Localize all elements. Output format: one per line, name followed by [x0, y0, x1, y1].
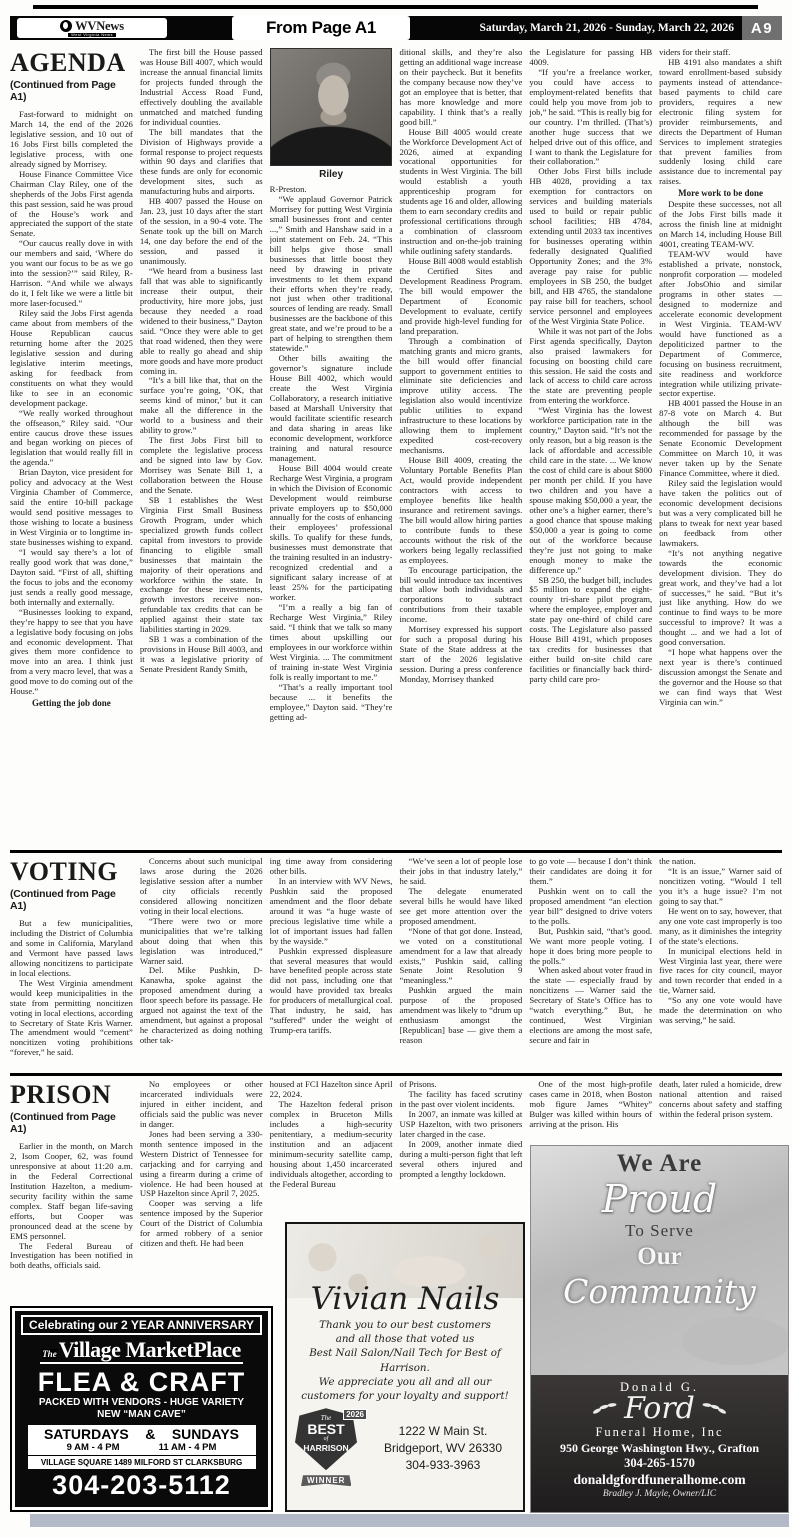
ford-script-proud: Proud	[531, 1178, 788, 1220]
paragraph: Fast-forward to midnight on March 14, th…	[10, 110, 133, 170]
paragraph: housed at FCI Hazelton since April 22, 2…	[270, 1080, 393, 1100]
ford-script-community: Community	[531, 1272, 788, 1312]
paragraph: Del. Mike Pushkin, D-Kanawha, spoke agai…	[140, 966, 263, 1046]
paragraph: Despite these successes, not all of the …	[659, 200, 782, 250]
laurel-right-icon	[701, 1401, 727, 1417]
paragraph: “I’m a really a big fan of Recharge West…	[270, 603, 393, 683]
paragraph: “That’s a really important tool because …	[270, 683, 393, 723]
village-tagline-2: NEW “MAN CAVE”	[97, 1409, 186, 1421]
paragraph: “It’s not anything negative towards the …	[659, 549, 782, 649]
paragraph: ing time away from considering other bil…	[270, 857, 393, 877]
village-logo: The Village MarketPlace	[40, 1337, 243, 1364]
paragraph: to go vote — because I don’t think their…	[529, 857, 652, 887]
paragraph: No employees or other incarcerated indiv…	[140, 1080, 263, 1130]
village-days-saturdays: SATURDAYS	[44, 1427, 129, 1442]
vivian-thanks-text: Thank you to our best customers and all …	[287, 1318, 523, 1403]
paragraph: “West Virginia has the lowest workforce …	[529, 406, 652, 575]
paragraph: SB 1 establishes the West Virginia First…	[140, 496, 263, 635]
article-headline: AGENDA	[10, 49, 133, 77]
badge-of: of	[295, 1436, 357, 1443]
paragraph: In municipal elections held in West Virg…	[659, 947, 782, 997]
article-column: RileyR-Preston.“We applaud Governor Patr…	[270, 48, 393, 847]
wvnews-logo-subtext: West Virginia News	[68, 33, 116, 37]
paragraph: SB 250, the budget bill, includes $5 mil…	[529, 576, 652, 685]
paragraph: The bill mandates that the Division of H…	[140, 128, 263, 198]
best-of-harrison-badge: The BEST of HARRISON 2026 WINNER	[295, 1408, 369, 1488]
paragraph: The West Virginia amendment would keep m…	[10, 979, 133, 1059]
article-column: VOTING(Continued from Page A1)But a few …	[10, 857, 133, 1071]
paragraph: “We heard from a business last fall that…	[140, 267, 263, 376]
continued-from-label: (Continued from Page A1)	[10, 1111, 133, 1135]
vivian-thanks-line: Best Nail Salon/Nail Tech for Best of Ha…	[287, 1346, 523, 1374]
paragraph: House Bill 4004 would create Recharge We…	[270, 464, 393, 603]
vivian-address-street: 1222 W Main St.	[369, 1423, 517, 1440]
photo-caption: Riley	[270, 169, 393, 180]
paragraph: House Bill 4008 would establish the Cert…	[399, 257, 522, 337]
paragraph: “None of that got done. Instead, we vote…	[399, 927, 522, 987]
paragraph: But a few municipalities, including the …	[10, 919, 133, 979]
paragraph: To encourage participation, the bill wou…	[399, 566, 522, 626]
article-column: No employees or other incarcerated indiv…	[140, 1080, 263, 1313]
paragraph: Pushkin expressed displeasure that sever…	[270, 947, 393, 1037]
paragraph: The facility has faced scrutiny in the p…	[399, 1090, 522, 1110]
paragraph: “It is an issue,” Warner said of nonciti…	[659, 867, 782, 907]
article-column: viders for their staff.HB 4191 also mand…	[659, 48, 782, 847]
paragraph: He went on to say, however, that any one…	[659, 907, 782, 947]
ford-website: donaldgfordfuneralhome.com	[531, 1471, 788, 1488]
article-column: the nation.“It is an issue,” Warner said…	[659, 857, 782, 1071]
paragraph: House Bill 4005 would create the Workfor…	[399, 128, 522, 257]
paragraph: House Finance Committee Vice Chairman Cl…	[10, 170, 133, 240]
top-rule	[33, 5, 758, 9]
village-days-sundays: SUNDAYS	[172, 1427, 239, 1442]
vivian-thanks-line: We appreciate you all and all our	[287, 1375, 523, 1389]
village-hours-sat: 9 AM - 4 PM	[67, 1442, 120, 1454]
paragraph: “We really worked throughout the offseas…	[10, 409, 133, 469]
portrait-photo	[270, 48, 393, 166]
ad-village-body: Celebrating our 2 YEAR ANNIVERSARY The V…	[15, 1311, 268, 1507]
badge-winner-ribbon: WINNER	[301, 1475, 351, 1486]
continued-from-label: (Continued from Page A1)	[10, 79, 133, 103]
paragraph: Concerns about such municipal laws arose…	[140, 857, 263, 917]
paragraph: In an interview with WV News, Pushkin sa…	[270, 877, 393, 947]
ford-owner-line: Bradley J. Mayle, Owner/LIC	[531, 1488, 788, 1500]
laurel-left-icon	[592, 1401, 618, 1417]
paragraph: Through a combination of matching grants…	[399, 337, 522, 456]
paragraph: HB 4191 also mandates a shift toward enr…	[659, 58, 782, 187]
article-column: The first bill the House passed was Hous…	[140, 48, 263, 847]
article-column: Concerns about such municipal laws arose…	[140, 857, 263, 1071]
page-number-badge: A9	[742, 16, 782, 40]
paragraph: “I would say there’s a lot of really goo…	[10, 548, 133, 608]
vivian-phone: 304-933-3963	[369, 1457, 517, 1474]
village-days-amp: &	[145, 1427, 155, 1442]
paragraph: Riley said the legislation would have ta…	[659, 479, 782, 549]
section-divider	[10, 850, 782, 853]
article-headline: PRISON	[10, 1081, 133, 1109]
paragraph: “There were two or more municipalities t…	[140, 917, 263, 967]
paragraph: In 2009, another inmate died during a mu…	[399, 1140, 522, 1180]
masthead-bar: WVNews West Virginia News From Page A1 S…	[10, 16, 782, 40]
article-agenda: AGENDA(Continued from Page A1)Fast-forwa…	[10, 48, 782, 847]
village-anniversary-banner: Celebrating our 2 YEAR ANNIVERSARY	[21, 1315, 262, 1335]
paragraph: One of the most high-profile cases came …	[529, 1080, 652, 1130]
village-logo-the: The	[42, 1349, 57, 1359]
paragraph: “We applaud Governor Patrick Morrisey fo…	[270, 195, 393, 354]
article-column: to go vote — because I don’t think their…	[529, 857, 652, 1071]
paragraph: Earlier in the month, on March 2, Isom C…	[10, 1142, 133, 1242]
paragraph: the Legislature for passing HB 4009.	[529, 48, 652, 68]
paragraph: “It’s a bill like that, that on the surf…	[140, 376, 263, 436]
subheading: Getting the job done	[10, 698, 133, 709]
wvnews-logo-inner: WVNews West Virginia News	[60, 20, 124, 37]
paragraph: Other Jobs First bills include HB 4028, …	[529, 167, 652, 326]
ford-script-our: Our	[531, 1242, 788, 1272]
paragraph: Morrisey expressed his support for such …	[399, 625, 522, 685]
ford-script-we-are: We Are	[531, 1150, 788, 1178]
wvnews-logo: WVNews West Virginia News	[17, 18, 167, 38]
ford-photo-area: We Are Proud To Serve Our Community	[531, 1146, 788, 1375]
paragraph: Cooper was serving a life sentence impos…	[140, 1199, 263, 1249]
vivian-thanks-line: Thank you to our best customers	[287, 1318, 523, 1332]
riley-photo-figure: Riley	[270, 48, 393, 180]
village-schedule-box: SATURDAYS & SUNDAYS 9 AM - 4 PM 11 AM - …	[28, 1425, 256, 1469]
paragraph: “We’ve seen a lot of people lose their j…	[399, 857, 522, 887]
village-hours-sun: 11 AM - 4 PM	[159, 1442, 217, 1454]
article-column: PRISON(Continued from Page A1)Earlier in…	[10, 1080, 133, 1313]
wvnews-logo-icon	[60, 20, 72, 32]
continued-from-label: (Continued from Page A1)	[10, 888, 133, 912]
article-column: ditional skills, and they’re also gettin…	[399, 48, 522, 847]
badge-place: HARRISON	[295, 1443, 357, 1453]
village-phone: 304-203-5112	[52, 1471, 231, 1500]
ad-vivian-nails: Vivian Nails Thank you to our best custo…	[285, 1222, 525, 1512]
ford-info-panel: Donald G. Ford Funeral Home, Inc 950 Geo…	[531, 1375, 788, 1512]
article-voting: VOTING(Continued from Page A1)But a few …	[10, 857, 782, 1071]
paragraph: House Bill 4009, creating the Voluntary …	[399, 456, 522, 565]
vivian-nails-logo: Vivian Nails	[287, 1282, 523, 1316]
paragraph: “So any one vote would have made the det…	[659, 996, 782, 1026]
paragraph: Brian Dayton, vice president for policy …	[10, 468, 133, 548]
vivian-thanks-line: customers for your loyalty and support!	[287, 1389, 523, 1403]
paragraph: Pushkin went on to call the proposed ame…	[529, 887, 652, 927]
paragraph: The first bill the House passed was Hous…	[140, 48, 263, 128]
paragraph: The first Jobs First bill to complete th…	[140, 436, 263, 496]
article-headline: VOTING	[10, 858, 133, 886]
paragraph: “I hope what happens over the next year …	[659, 648, 782, 708]
paragraph: TEAM-WV would have established a private…	[659, 250, 782, 399]
vivian-contact-block: 1222 W Main St. Bridgeport, WV 26330 304…	[369, 1423, 517, 1474]
newspaper-page: { "header": { "logo_text": "WVNews", "lo…	[0, 0, 792, 1538]
paragraph: ditional skills, and they’re also gettin…	[399, 48, 522, 128]
paragraph: The Federal Bureau of Investigation has …	[10, 1242, 133, 1272]
paragraph: Jones had been serving a 330-month sente…	[140, 1130, 263, 1200]
ford-logo-script: Ford	[624, 1393, 695, 1425]
vivian-thanks-line: and all those that voted us	[287, 1332, 523, 1346]
section-divider	[10, 1073, 782, 1076]
ford-phone: 304-265-1570	[531, 1456, 788, 1471]
article-column: the Legislature for passing HB 4009.“If …	[529, 48, 652, 847]
ford-address: 950 George Washington Hwy., Grafton	[531, 1441, 788, 1456]
village-tagline-1: PACKED WITH VENDORS - HUGE VARIETY	[39, 1397, 244, 1409]
subheading: More work to be done	[659, 188, 782, 199]
article-column: AGENDA(Continued from Page A1)Fast-forwa…	[10, 48, 133, 847]
masthead-date: Saturday, March 21, 2026 - Sunday, March…	[479, 16, 734, 40]
paragraph: HB 4001 passed the House in an 87-8 vote…	[659, 399, 782, 479]
paragraph: “If you’re a freelance worker, you could…	[529, 68, 652, 168]
article-column: “We’ve seen a lot of people lose their j…	[399, 857, 522, 1071]
from-page-label: From Page A1	[232, 16, 410, 40]
paragraph: Other bills awaiting the governor’s sign…	[270, 354, 393, 463]
paragraph: When asked about voter fraud in the stat…	[529, 966, 652, 1046]
article-column: ing time away from considering other bil…	[270, 857, 393, 1071]
paragraph: “Our caucus really dove in with our memb…	[10, 239, 133, 309]
paragraph: In 2007, an inmate was killed at USP Haz…	[399, 1110, 522, 1140]
paragraph: death, later ruled a homicide, drew nati…	[659, 1080, 782, 1120]
ad-ford-funeral-home: We Are Proud To Serve Our Community Dona…	[530, 1145, 789, 1513]
paragraph: The Hazelton federal prison complex in B…	[270, 1100, 393, 1190]
paragraph: But, Pushkin said, “that’s good. We want…	[529, 927, 652, 967]
village-address: VILLAGE SQUARE 1489 MILFORD ST CLARKSBUR…	[28, 1455, 256, 1468]
paragraph: While it was not part of the Jobs First …	[529, 327, 652, 407]
paragraph: HB 4007 passed the House on Jan. 23, jus…	[140, 197, 263, 267]
badge-year: 2026	[343, 1409, 367, 1420]
paragraph: Riley said the Jobs First agenda came ab…	[10, 309, 133, 409]
paragraph: SB 1 was a combination of the provisions…	[140, 635, 263, 675]
paragraph: Pushkin argued the main purpose of the p…	[399, 986, 522, 1046]
bottom-shadow-strip	[30, 1514, 789, 1527]
paragraph: The delegate enumerated several bills he…	[399, 887, 522, 927]
ad-village-marketplace: Celebrating our 2 YEAR ANNIVERSARY The V…	[10, 1306, 273, 1512]
ford-name-sub: Funeral Home, Inc	[531, 1425, 788, 1439]
vivian-address-city: Bridgeport, WV 26330	[369, 1440, 517, 1457]
village-logo-name: Village MarketPlace	[59, 1338, 241, 1361]
village-headline: FLEA & CRAFT	[38, 1367, 245, 1397]
badge-best: BEST	[295, 1422, 357, 1436]
ford-script-to-serve: To Serve	[531, 1220, 788, 1242]
paragraph: “Businesses looking to expand, they’re h…	[10, 608, 133, 698]
wvnews-logo-text: WVNews	[75, 20, 124, 33]
